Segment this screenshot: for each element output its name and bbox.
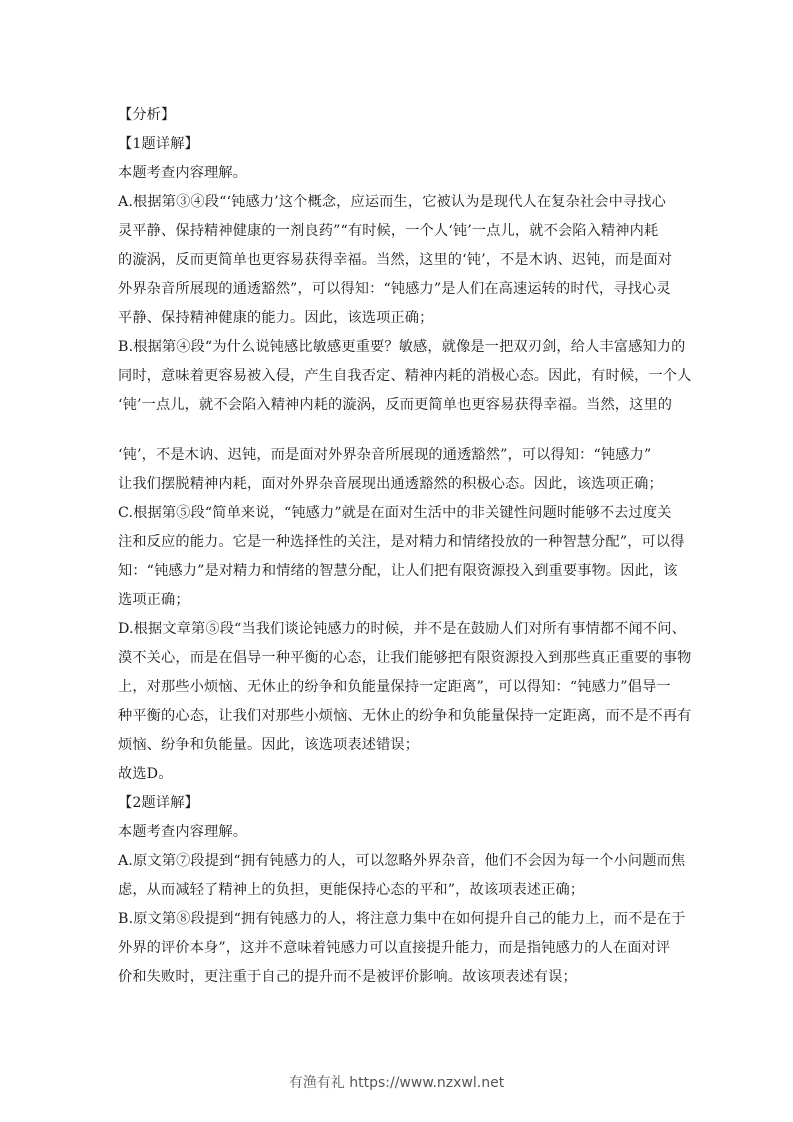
paragraph-line: ‘钝’一点儿，就不会陷入精神内耗的漩涡，反而更简单也更容易获得幸福。当然，这里的 <box>118 396 672 414</box>
paragraph-line: 价和失败时，更注重于自己的提升而不是被评价影响。故该项表述有误； <box>118 968 577 986</box>
paragraph-line: 外界杂音所展现的通透豁然”，可以得知：“钝感力”是人们在高速运转的时代，寻找心灵 <box>118 280 671 298</box>
section-heading-analysis: 【分析】 <box>118 106 175 124</box>
section-heading-q2: 【2题详解】 <box>118 794 199 812</box>
paragraph-line: 漠不关心，而是在倡导一种平衡的心态，让我们能够把有限资源投入到那些真正重要的事物 <box>118 649 692 667</box>
paragraph-line: 外界的评价本身”，这并不意味着钝感力可以直接提升能力，而是指钝感力的人在面对评 <box>118 939 670 957</box>
paragraph-line: 的漩涡，反而更简单也更容易获得幸福。当然，这里的‘钝’，不是木讷、迟钝，而是面对 <box>118 251 672 269</box>
option-a-line: A.原文第⑦段提到“拥有钝感力的人，可以忽略外界杂音，他们不会因为每一个小问题而… <box>118 852 685 870</box>
paragraph-line: 平静、保持精神健康的能力。因此，该选项正确； <box>118 309 433 327</box>
option-c-line: C.根据第⑤段“简单来说，“钝感力”就是在面对生活中的非关键性问题时能够不去过度… <box>118 504 672 522</box>
paragraph-line: 知：“钝感力”是对精力和情绪的智慧分配，让人们把有限资源投入到重要事物。因此，该 <box>118 562 678 580</box>
section-heading-q1: 【1题详解】 <box>118 135 199 153</box>
footer-watermark: 有渔有礼 https://www.nzxwl.net <box>0 1072 793 1092</box>
paragraph-line: 虑，从而减轻了精神上的负担，更能保持心态的平和”，故该项表述正确； <box>118 881 584 899</box>
paragraph-line: 注和反应的能力。它是一种选择性的关注，是对精力和情绪投放的一种智慧分配”，可以得 <box>118 533 685 551</box>
answer-line: 故选D。 <box>118 765 173 783</box>
paragraph-line: 让我们摆脱精神内耗，面对外界杂音展现出通透豁然的积极心态。因此，该选项正确； <box>118 475 663 493</box>
paragraph-line: 同时，意味着更容易被入侵，产生自我否定、精神内耗的消极心态。因此，有时候，一个人 <box>118 367 692 385</box>
option-d-line: D.根据文章第⑤段“当我们谈论钝感力的时候，并不是在鼓励人们对所有事情都不闻不问… <box>118 620 686 638</box>
option-a-line: A.根据第③④段“‘钝感力’这个概念，应运而生，它被认为是现代人在复杂社会中寻找… <box>118 193 666 211</box>
option-b-line: B.根据第④段“为什么说钝感比敏感更重要？敏感，就像是一把双刃剑，给人丰富感知力… <box>118 338 685 356</box>
paragraph-line: 种平衡的心态，让我们对那些小烦恼、无休止的纷争和负能量保持一定距离，而不是不再有 <box>118 707 692 725</box>
option-b-line: B.原文第⑧段提到“拥有钝感力的人，将注意力集中在如何提升自己的能力上，而不是在… <box>118 910 685 928</box>
paragraph-line: 本题考查内容理解。 <box>118 823 247 841</box>
paragraph-line: ‘钝’，不是木讷、迟钝，而是面对外界杂音所展现的通透豁然”，可以得知：“钝感力” <box>118 446 651 464</box>
paragraph-line: 烦恼、纷争和负能量。因此，该选项表述错误； <box>118 736 419 754</box>
paragraph-line: 本题考查内容理解。 <box>118 164 247 182</box>
paragraph-line: 灵平静、保持精神健康的一剂良药”“有时候，一个人‘钝’一点儿，就不会陷入精神内耗 <box>118 222 658 240</box>
paragraph-line: 上，对那些小烦恼、无休止的纷争和负能量保持一定距离”，可以得知：“钝感力”倡导一 <box>118 678 671 696</box>
paragraph-line: 选项正确； <box>118 591 190 609</box>
